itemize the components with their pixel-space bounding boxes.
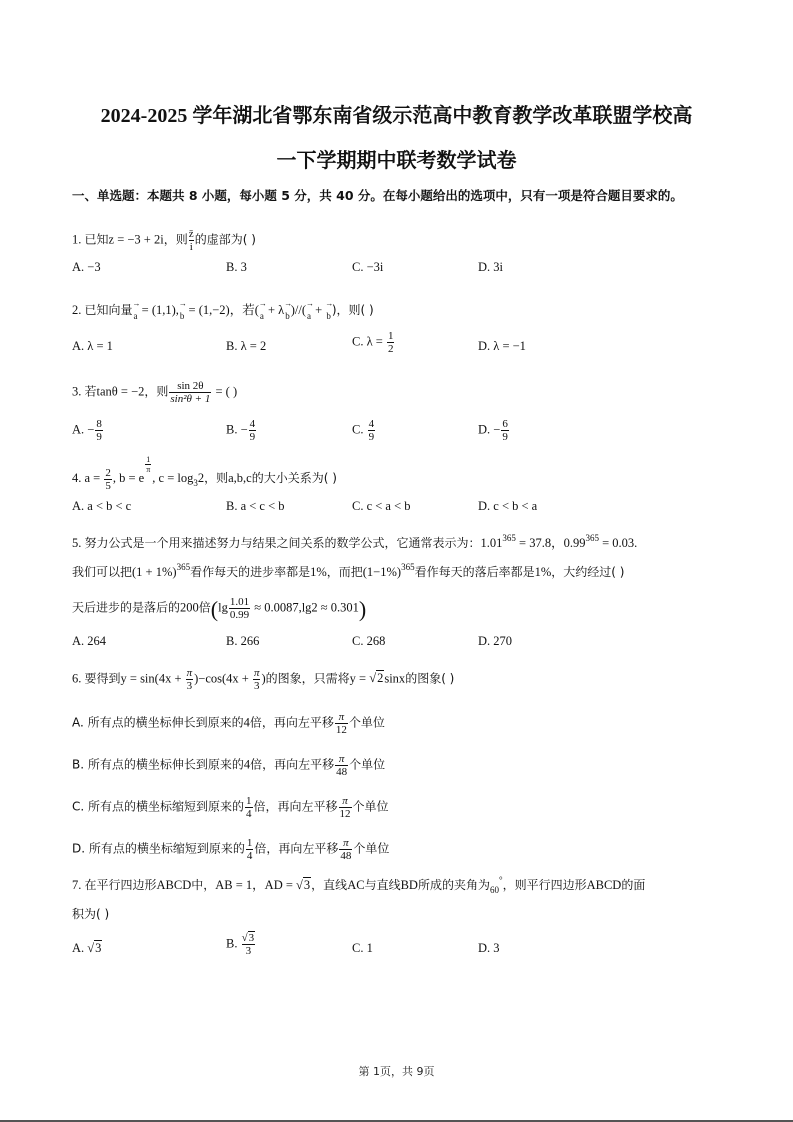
- question-2-option-c[interactable]: C. λ = 12: [352, 330, 395, 355]
- question-5-option-d[interactable]: D. 270: [478, 634, 512, 649]
- page-footer: 第 1页，共 9页: [0, 1063, 793, 1079]
- question-5-option-c[interactable]: C. 268: [352, 634, 385, 649]
- question-1-option-a[interactable]: A. −3: [72, 260, 101, 275]
- exam-title-line1: 2024-2025 学年湖北省鄂东南省级示范高中教育教学改革联盟学校高: [0, 99, 793, 128]
- question-4-option-a[interactable]: A. a < b < c: [72, 499, 131, 514]
- vector-b: b: [325, 311, 332, 321]
- question-5-stem-line1: 5. 努力公式是一个用来描述努力与结果之间关系的数学公式，它通常表示为：1.01…: [72, 533, 637, 551]
- question-1-option-b[interactable]: B. 3: [226, 260, 247, 275]
- sqrt-icon: √3: [87, 941, 102, 956]
- question-7-stem-line2: 积为( ): [72, 905, 109, 922]
- question-3-stem: 3. 若tanθ = −2，则sin 2θsin²θ + 1 = ( ): [72, 380, 237, 405]
- question-3-option-a[interactable]: A. −89: [72, 418, 104, 443]
- question-5-option-a[interactable]: A. 264: [72, 634, 106, 649]
- fraction: sin 2θsin²θ + 1: [169, 380, 211, 405]
- sqrt-icon: √3: [296, 878, 311, 893]
- fraction: 12: [387, 330, 395, 355]
- fraction: π48: [335, 753, 348, 778]
- question-4-option-d[interactable]: D. c < b < a: [478, 499, 537, 514]
- question-3-option-b[interactable]: B. −49: [226, 418, 257, 443]
- fraction: 89: [95, 418, 103, 443]
- question-5-stem-line2: 我们可以把(1 + 1%)365看作每天的进步率都是1%，而把(1−1%)365…: [72, 562, 624, 580]
- question-6-stem: 6. 要得到y = sin(4x + π3)−cos(4x + π3)的图象，只…: [72, 667, 454, 692]
- exponent-fraction: 1π: [145, 455, 151, 474]
- fraction: 25: [104, 467, 112, 492]
- vector-b: b: [179, 311, 186, 321]
- question-7-option-d[interactable]: D. 3: [478, 941, 500, 956]
- question-2-option-b[interactable]: B. λ = 2: [226, 339, 266, 354]
- question-6-option-b[interactable]: B. 所有点的横坐标伸长到原来的4倍，再向左平移π48个单位: [72, 753, 385, 778]
- sqrt-icon: √3: [242, 932, 256, 944]
- fraction: 14: [246, 837, 254, 862]
- fraction: π3: [186, 667, 194, 692]
- question-1-stem: 1. 已知z = −3 + 2i，则z̄i的虚部为( ): [72, 228, 256, 253]
- question-7-option-c[interactable]: C. 1: [352, 941, 373, 956]
- fraction: π48: [339, 837, 352, 862]
- fraction: π12: [335, 711, 348, 736]
- question-7-option-a[interactable]: A. √3: [72, 941, 102, 956]
- question-7-stem-line1: 7. 在平行四边形ABCD中，AB = 1，AD = √3，直线AC与直线BD所…: [72, 875, 645, 895]
- fraction: 1.010.99: [229, 596, 250, 621]
- exam-title-line2: 一下学期期中联考数学试卷: [0, 144, 793, 173]
- question-5-option-b[interactable]: B. 266: [226, 634, 259, 649]
- vector-a: a: [259, 311, 265, 321]
- vector-a: a: [306, 311, 312, 321]
- question-3-option-c[interactable]: C. 49: [352, 418, 376, 443]
- fraction: π3: [253, 667, 261, 692]
- fraction: π12: [339, 795, 352, 820]
- fraction: √33: [242, 932, 256, 957]
- exam-page: 2024-2025 学年湖北省鄂东南省级示范高中教育教学改革联盟学校高 一下学期…: [0, 0, 793, 1122]
- question-4-option-b[interactable]: B. a < c < b: [226, 499, 285, 514]
- vector-b: b: [284, 311, 291, 321]
- question-7-option-b[interactable]: B. √33: [226, 932, 256, 957]
- question-2-option-a[interactable]: A. λ = 1: [72, 339, 113, 354]
- sqrt-icon: √2: [369, 671, 384, 686]
- vector-a: a: [133, 311, 139, 321]
- question-6-option-a[interactable]: A. 所有点的横坐标伸长到原来的4倍，再向左平移π12个单位: [72, 711, 385, 736]
- question-2-option-d[interactable]: D. λ = −1: [478, 339, 526, 354]
- question-6-option-d[interactable]: D. 所有点的横坐标缩短到原来的14倍，再向左平移π48个单位: [72, 837, 389, 862]
- question-1-option-c[interactable]: C. −3i: [352, 260, 383, 275]
- fraction: 14: [245, 795, 253, 820]
- question-5-stem-line3: 天后进步的是落后的200倍(lg1.010.99 ≈ 0.0087,lg2 ≈ …: [72, 596, 366, 622]
- question-3-option-d[interactable]: D. −69: [478, 418, 510, 443]
- question-4-option-c[interactable]: C. c < a < b: [352, 499, 411, 514]
- fraction: 69: [501, 418, 509, 443]
- fraction: z̄i: [189, 228, 194, 253]
- question-1-option-d[interactable]: D. 3i: [478, 260, 503, 275]
- question-4-stem: 4. a = 25, b = e1π, c = log32，则a,b,c的大小关…: [72, 455, 337, 492]
- fraction: 49: [368, 418, 376, 443]
- section-heading: 一、单选题：本题共 8 小题，每小题 5 分，共 40 分。在每小题给出的选项中…: [72, 186, 683, 204]
- fraction: 49: [249, 418, 257, 443]
- question-6-option-c[interactable]: C. 所有点的横坐标缩短到原来的14倍，再向左平移π12个单位: [72, 795, 389, 820]
- question-2-stem: 2. 已知向量a = (1,1),b = (1,−2)，若(a + λb)//(…: [72, 300, 374, 321]
